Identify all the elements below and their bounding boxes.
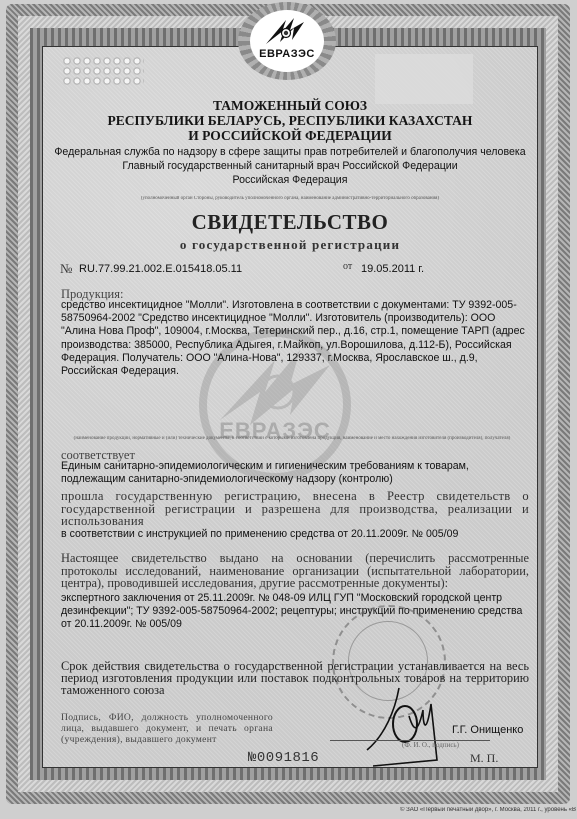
- eurasec-emblem-icon: [264, 16, 308, 46]
- authority-caption: (уполномоченный орган Стороны, руководит…: [100, 196, 480, 201]
- emblem-label: ЕВРАЗЭС: [250, 48, 324, 60]
- authority-line: Главный государственный санитарный врач …: [52, 159, 528, 173]
- security-pattern-right: [375, 54, 473, 104]
- document-subtitle: о государственной регистрации: [80, 237, 500, 253]
- union-heading: ТАМОЖЕННЫЙ СОЮЗ РЕСПУБЛИКИ БЕЛАРУСЬ, РЕС…: [60, 98, 520, 143]
- authority-line: Российская Федерация: [52, 173, 528, 187]
- issuing-authority: Федеральная служба по надзору в сфере за…: [52, 145, 528, 187]
- signature-label: Подпись, ФИО, должность уполномоченного …: [61, 712, 273, 745]
- union-heading-line: И РОССИЙСКОЙ ФЕДЕРАЦИИ: [60, 128, 520, 143]
- union-heading-line: РЕСПУБЛИКИ БЕЛАРУСЬ, РЕСПУБЛИКИ КАЗАХСТА…: [60, 113, 520, 128]
- security-pattern-left: [62, 56, 144, 86]
- document-title: СВИДЕТЕЛЬСТВО: [80, 210, 500, 235]
- fio-caption: (Ф. И. О., подпись): [402, 741, 459, 749]
- union-heading-line: ТАМОЖЕННЫЙ СОЮЗ: [60, 98, 520, 113]
- registration-number: RU.77.99.21.002.Е.015418.05.11: [79, 263, 242, 275]
- seal-place-label: М. П.: [470, 751, 498, 766]
- product-description: средство инсектицидное "Молли". Изготовл…: [61, 299, 531, 378]
- certificate-page: ЕВРАЗЭС ЕВРАЗЭС ТАМОЖЕННЫЙ СОЮЗ РЕСПУБЛИ…: [0, 0, 577, 819]
- serial-number: №0091816: [248, 750, 319, 766]
- date-label: от: [343, 261, 352, 272]
- number-label: №: [60, 261, 72, 277]
- product-caption: (наименование продукции, нормативные и (…: [60, 436, 524, 441]
- validity-statement: Срок действия свидетельства о государств…: [61, 660, 529, 697]
- registration-date: 19.05.2011 г.: [361, 263, 424, 275]
- signer-name: Г.Г. Онищенко: [452, 724, 523, 737]
- conforms-requirements: Единым санитарно-эпидемиологическим и ги…: [61, 460, 531, 486]
- basis-label: Настоящее свидетельство выдано на основа…: [61, 552, 529, 590]
- eurasec-emblem: ЕВРАЗЭС: [228, 2, 346, 80]
- authority-line: Федеральная служба по надзору в сфере за…: [52, 145, 528, 159]
- printer-credit: © ЗАО «Первый печатный двор», г. Москва,…: [400, 807, 576, 813]
- instruction-reference: в соответствии с инструкцией по применен…: [61, 528, 531, 541]
- registration-statement: прошла государственную регистрацию, внес…: [61, 490, 529, 528]
- signature-icon: [365, 680, 445, 770]
- basis-documents: экспертного заключения от 25.11.2009г. №…: [61, 592, 531, 632]
